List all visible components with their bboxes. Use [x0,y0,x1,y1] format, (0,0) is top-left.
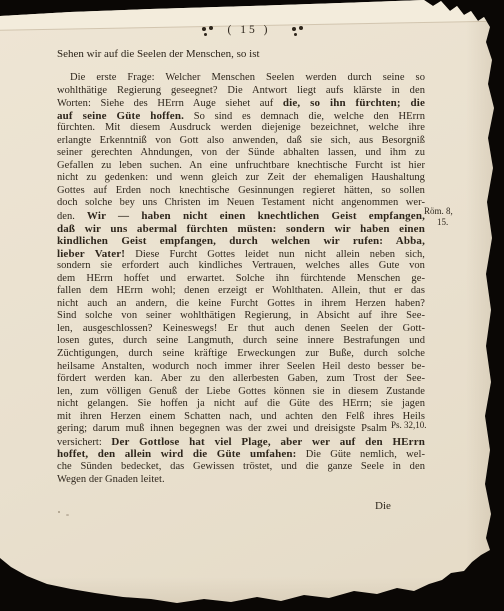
text-line: Wegen der Gnaden leitet. [57,474,425,487]
text-line: versichert: Der Gottlose hat viel Plage,… [57,436,425,449]
text-line: nicht auch an andern, die keine Furcht G… [57,298,425,311]
text-line: len, zum völligen Genuß der Liebe Gottes… [57,386,425,399]
text-line: Gefallen zu leben suchen. An eine unfruc… [57,160,425,173]
section-heading-line: Sehen wir auf die Seelen der Menschen, s… [57,48,425,60]
page-right-shadow [466,0,496,611]
text-line: nicht zu gedenken: und wenn gleich zur Z… [57,172,425,185]
text-line: Sind solche von seiner wohlthätigen Regi… [57,310,425,323]
foxing-speck [66,514,69,516]
text-line: auf seine Güte hoffen. So sind es demnac… [57,110,425,123]
text-line: fürchten. Mit diesem Ausdruck werden die… [57,122,425,135]
text-line: erlangte Erkenntniß von Gott also anwend… [57,135,425,148]
text-line: len, ausgeschlossen? Keineswegs! Er thut… [57,323,425,336]
body-text: Die erste Frage: Welcher Menschen Seelen… [57,72,425,486]
text-line: daß wir uns abermal fürchten müsten: son… [57,223,425,236]
text-line: kindlichen Geist empfangen, durch welche… [57,235,425,248]
text-line: seiner gerechten Ahndungen, von der Sünd… [57,147,425,160]
ornament-dots-icon [202,27,206,31]
catchword: Die [375,500,391,512]
text-line: nicht gelangen. Sie hoffen ja nicht auf … [57,398,425,411]
page-number: ( 15 ) [228,24,271,36]
text-line: fallen dem HErrn wohl; denen erzeigt er … [57,285,425,298]
margin-note-psalm: Ps. 32,10. [391,420,427,430]
text-line: sondern sie erfordert auch kindliches Ve… [57,260,425,273]
text-line: dem HErrn hoffet und erwartet. Solche ih… [57,273,425,286]
text-line: doch solche bey uns Christen im Neuen Te… [57,197,425,210]
text-line: Züchtigungen, durch seine kräftige Erwec… [57,348,425,361]
text-line: Gottes auf Erden noch knechtische Gesinn… [57,185,425,198]
text-line: losen gutes, durch seine Langmuth, durch… [57,335,425,348]
text-line: gering; darum muß ihnen begegnen was der… [57,423,387,436]
margin-note-romans: Röm. 8, [424,206,453,216]
text-line: Die erste Frage: Welcher Menschen Seelen… [57,72,425,85]
scan-background: { "colors":{ "background":"#0a0705", "pa… [0,0,504,611]
margin-note-romans-verse: 15. [437,217,448,227]
text-line: Worten: Siehe des HErrn Auge siehet auf … [57,97,425,110]
text-line: lieber Vater! Diese Furcht Gottes leidet… [57,248,425,261]
page-header: ( 15 ) [65,24,433,36]
book-page: ( 15 ) Sehen wir auf die Seelen der Mens… [0,0,504,611]
text-line: che Sünden bedecket, das Gewissen tröste… [57,461,425,474]
text-line: wohlthätige Regierung geseegnet? Die Ant… [57,85,425,98]
text-line: mit ihren Herzen einem Schatten nach, un… [57,411,425,424]
ornament-dots-icon [292,27,296,31]
text-line: fördert werden kan. Aber zu den allerbes… [57,373,425,386]
text-line: hoffet, den allein wird die Güte umfahen… [57,448,425,461]
text-line: den. Wir — haben nicht einen knechtliche… [57,210,425,223]
page-bottom-shadow [0,577,504,603]
foxing-speck [58,511,60,513]
text-line: heilsame Anstalten, wodurch noch immer i… [57,361,425,374]
